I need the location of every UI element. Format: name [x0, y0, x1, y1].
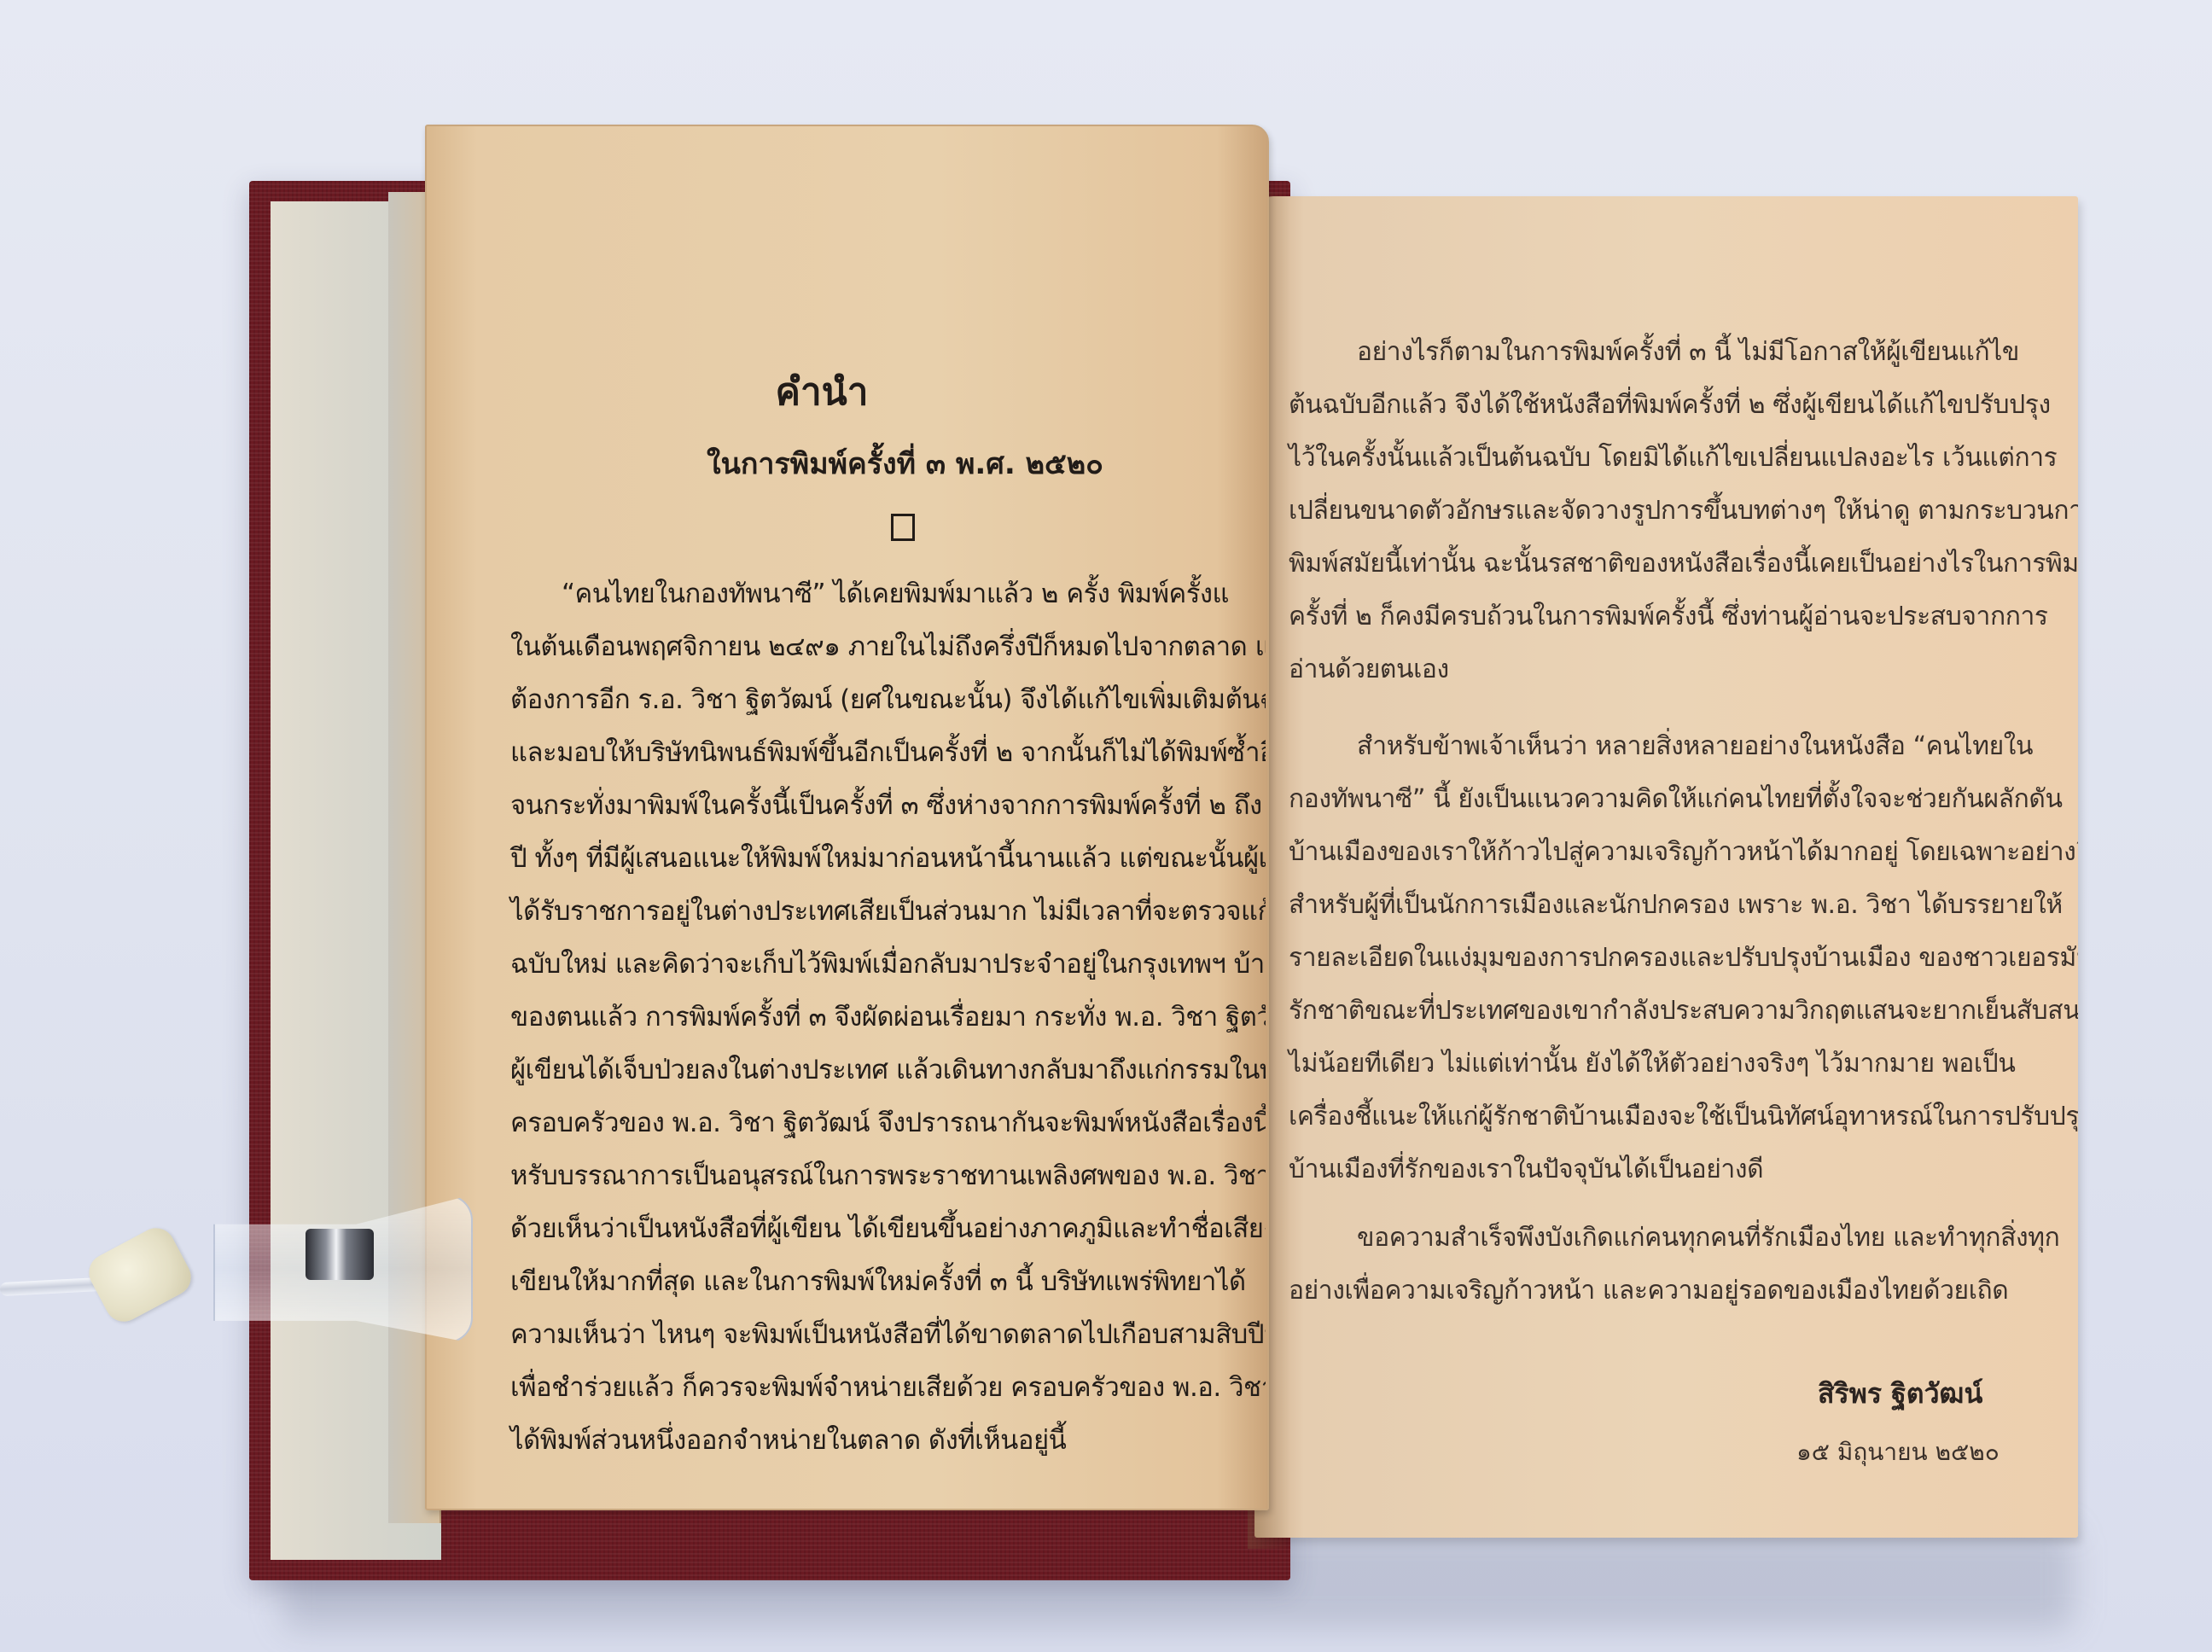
right-line-5: พิมพ์สมัยนี้เท่านั้น ฉะนั้นรสชาติของหนัง… — [1289, 551, 2078, 577]
left-line-7: ได้รับราชการอยู่ในต่างประเทศเสียเป็นส่วน… — [510, 899, 1266, 925]
left-line-10: ผู้เขียนได้เจ็บป่วยลงในต่างประเทศ แล้วเด… — [510, 1057, 1266, 1084]
right-line-18: อย่างเพื่อความเจริญก้าวหน้า และความอยู่ร… — [1289, 1278, 2008, 1304]
left-line-8: ฉบับใหม่ และคิดว่าจะเก็บไว้พิมพ์เมื่อกลั… — [510, 951, 1266, 978]
signature-name: สิริพร ฐิตวัฒน์ — [1818, 1372, 1982, 1416]
left-line-6: ปี ทั้งๆ ที่มีผู้เสนอแนะให้พิมพ์ใหม่มาก่… — [510, 846, 1266, 872]
left-line-17: ได้พิมพ์ส่วนหนึ่งออกจำหน่ายในตลาด ดังที่… — [510, 1428, 1066, 1454]
right-line-4: เปลี่ยนขนาดตัวอักษรและจัดวางรูปการขึ้นบท… — [1289, 498, 2078, 524]
right-line-2: ต้นฉบับอีกแล้ว จึงได้ใช้หนังสือที่พิมพ์ค… — [1289, 393, 2051, 418]
right-line-1: อย่างไรก็ตามในการพิมพ์ครั้งที่ ๓ นี้ ไม่… — [1357, 340, 2019, 365]
right-line-3: ไว้ในครั้งนั้นแล้วเป็นต้นฉบับ โดยมิได้แก… — [1289, 445, 2057, 471]
right-line-12: รายละเอียดในแง่มุมของการปกครองและปรับปรุ… — [1289, 945, 2078, 971]
left-line-5: จนกระทั่งมาพิมพ์ในครั้งนี้เป็นครั้งที่ ๓… — [510, 793, 1266, 819]
left-page-body: “คนไทยในกองทัพนาซี” ได้เคยพิมพ์มาแล้ว ๒ … — [425, 125, 1266, 1507]
left-line-11: ครอบครัวของ พ.อ. วิชา ฐิตวัฒน์ จึงปรารถน… — [510, 1110, 1266, 1137]
left-line-3: ต้องการอีก ร.อ. วิชา ฐิตวัฒน์ (ยศในขณะนั… — [510, 687, 1266, 713]
right-line-7: อ่านด้วยตนเอง — [1289, 657, 1449, 683]
left-line-9: ของตนแล้ว การพิมพ์ครั้งที่ ๓ จึงผัดผ่อนเ… — [510, 1004, 1266, 1031]
left-line-1: “คนไทยในกองทัพนาซี” ได้เคยพิมพ์มาแล้ว ๒ … — [562, 581, 1229, 608]
right-line-11: สำหรับผู้ที่เป็นนักการเมืองและนักปกครอง … — [1289, 893, 2063, 918]
right-line-8: สำหรับข้าพเจ้าเห็นว่า หลายสิ่งหลายอย่างใ… — [1357, 734, 2033, 759]
left-line-14: เขียนให้มากที่สุด และในการพิมพ์ใหม่ครั้ง… — [510, 1269, 1246, 1295]
right-line-16: บ้านเมืองที่รักของเราในปัจจุบันได้เป็นอย… — [1289, 1157, 1763, 1183]
right-line-15: เครื่องชี้แนะให้แก่ผู้รักชาติบ้านเมืองจะ… — [1289, 1104, 2078, 1130]
right-line-14: ไม่น้อยทีเดียว ไม่แต่เท่านั้น ยังได้ให้ต… — [1289, 1051, 2015, 1077]
clip-holder-bead — [83, 1222, 198, 1329]
left-line-4: และมอบให้บริษัทนิพนธ์พิมพ์ขึ้นอีกเป็นครั… — [510, 740, 1266, 766]
left-line-13: ด้วยเห็นว่าเป็นหนังสือที่ผู้เขียน ได้เขี… — [510, 1216, 1266, 1242]
right-page-body: อย่างไรก็ตามในการพิมพ์ครั้งที่ ๓ นี้ ไม่… — [1254, 196, 2078, 1538]
clip-magnet — [306, 1229, 374, 1280]
right-line-9: กองทัพนาซี” นี้ ยังเป็นแนวความคิดให้แก่ค… — [1289, 787, 2063, 812]
left-line-16: เพื่อชำร่วยแล้ว ก็ควรจะพิมพ์จำหน่ายเสียด… — [510, 1375, 1266, 1401]
right-line-6: ครั้งที่ ๒ ก็คงมีครบถ้วนในการพิมพ์ครั้งน… — [1289, 604, 2048, 630]
right-line-13: รักชาติขณะที่ประเทศของเขากำลังประสบความว… — [1289, 998, 2078, 1024]
clip-holder-rod — [0, 1277, 102, 1296]
right-line-10: บ้านเมืองของเราให้ก้าวไปสู่ความเจริญก้าว… — [1289, 840, 2078, 865]
left-line-2: ในต้นเดือนพฤศจิกายน ๒๔๙๑ ภายในไม่ถึงครึ่… — [510, 634, 1266, 660]
signature-date: ๑๕ มิถุนายน ๒๕๒๐ — [1796, 1434, 2000, 1471]
left-line-12: หรับบรรณาการเป็นอนุสรณ์ในการพระราชทานเพล… — [510, 1163, 1266, 1190]
left-line-15: ความเห็นว่า ไหนๆ จะพิมพ์เป็นหนังสือที่ได… — [510, 1322, 1266, 1348]
right-line-17: ขอความสำเร็จพึงบังเกิดแก่คนทุกคนที่รักเม… — [1357, 1225, 2059, 1251]
